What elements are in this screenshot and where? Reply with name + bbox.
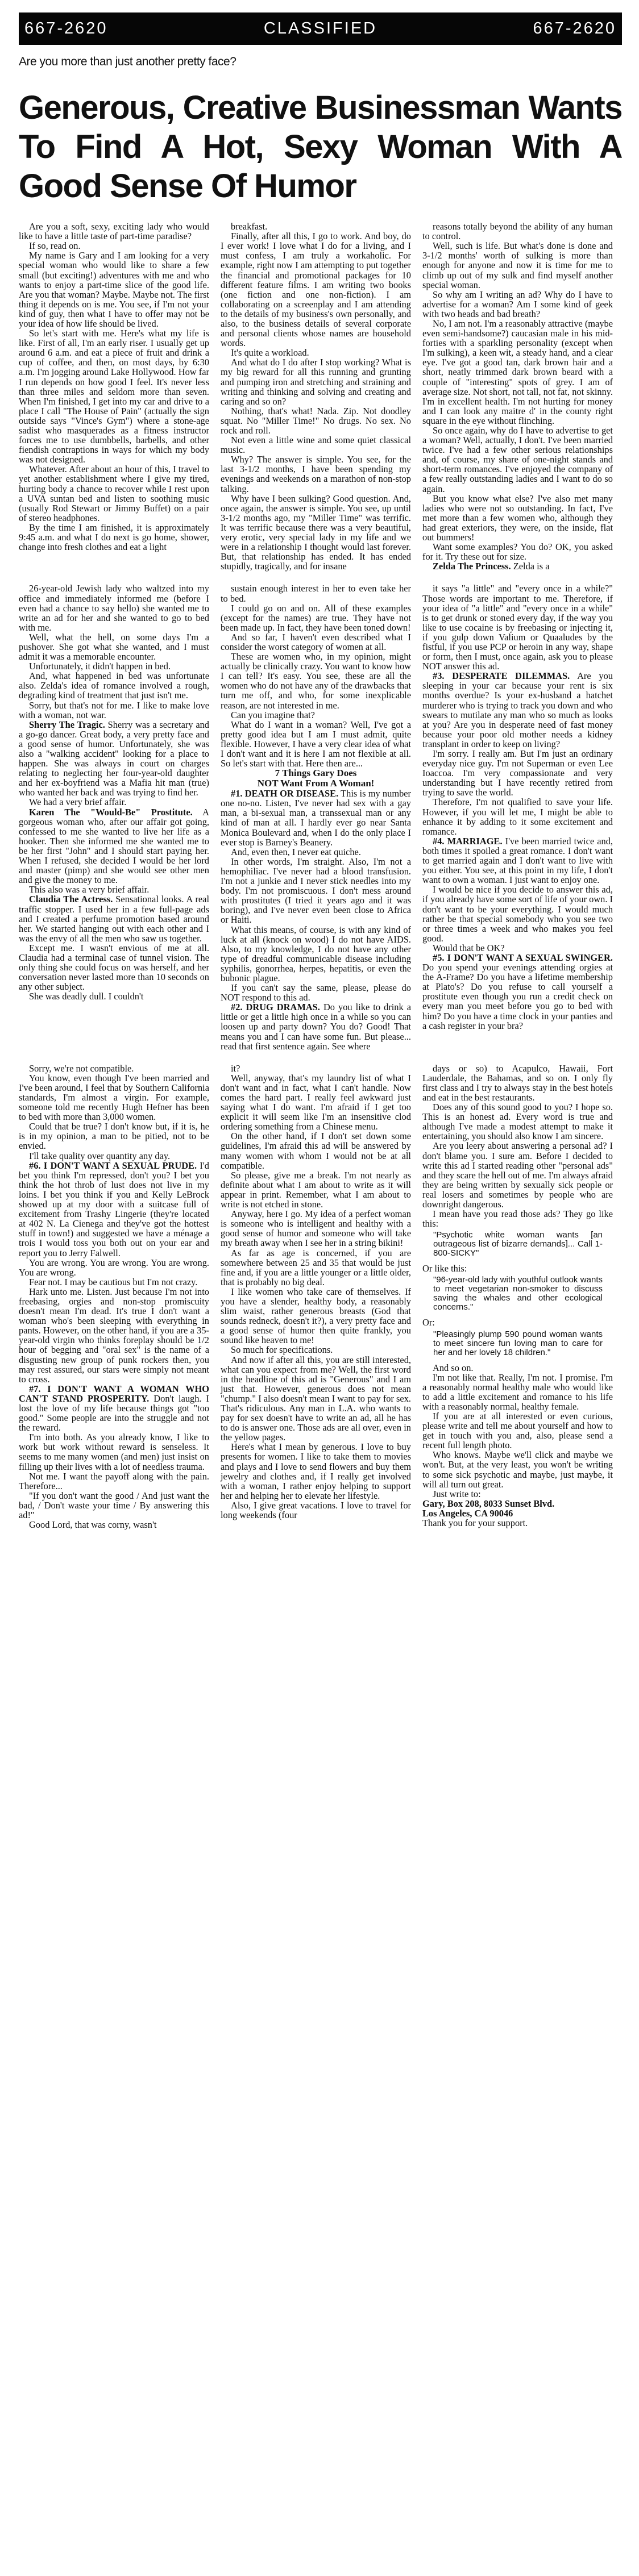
paragraph: Sorry, we're not compatible. — [19, 1064, 209, 1073]
column: 26-year-old Jewish lady who waltzed into… — [19, 583, 209, 1051]
paragraph: Claudia The Actress. Sensational looks. … — [19, 894, 209, 943]
paragraph: days or so) to Acapulco, Hawaii, Fort La… — [422, 1064, 613, 1102]
paragraph: Would that be OK? — [422, 943, 613, 953]
paragraph: Hark unto me. Listen. Just because I'm n… — [19, 1287, 209, 1384]
paragraph: Sherry The Tragic. Sherry was a secretar… — [19, 720, 209, 798]
paragraph: So much for specifications. — [221, 1345, 411, 1354]
section-heading: #4. MARRIAGE. — [433, 836, 503, 847]
sample-ad-quote: "96-year-old lady with youthful outlook … — [433, 1276, 603, 1312]
paragraph: I mean have you read those ads? They go … — [422, 1209, 613, 1228]
paragraph: Want some examples? You do? OK, you aske… — [422, 542, 613, 561]
classified-page: 667-2620 CLASSIFIED 667-2620 Are you mor… — [0, 0, 639, 1565]
paragraph: Zelda The Princess. Zelda is a — [422, 561, 613, 571]
paragraph: And now if after all this, you are still… — [221, 1355, 411, 1443]
paragraph: I'm sorry. I really am. But I'm just an … — [422, 749, 613, 797]
column: breakfast.Finally, after all this, I go … — [221, 222, 411, 571]
column: days or so) to Acapulco, Hawaii, Fort La… — [422, 1064, 613, 1530]
paragraph: I'll take quality over quantity any day. — [19, 1151, 209, 1161]
paragraph: And what do I do after I stop working? W… — [221, 357, 411, 406]
closing-thanks: Thank you for your support. — [422, 1518, 613, 1528]
column: it says "a little" and "every once in a … — [422, 583, 613, 1051]
paragraph: Not me. I want the payoff along with the… — [19, 1472, 209, 1491]
paragraph: Whatever. After about an hour of this, I… — [19, 464, 209, 523]
paragraph: I'm into both. As you already know, I li… — [19, 1432, 209, 1471]
tagline: Are you more than just another pretty fa… — [19, 55, 622, 69]
column: sustain enough interest in her to even t… — [221, 583, 411, 1051]
paragraph: #5. I DON'T WANT A SEXUAL SWINGER. Do yo… — [422, 953, 613, 1031]
paragraph: She was deadly dull. I couldn't — [19, 991, 209, 1001]
paragraph: Well, anyway, that's my laundry list of … — [221, 1073, 411, 1132]
paragraph: #3. DESPERATE DILEMMAS. Are you sleeping… — [422, 671, 613, 749]
paragraph: Just write to: — [422, 1489, 613, 1499]
paragraph: Karen The "Would-Be" Prostitute. A gorge… — [19, 807, 209, 885]
paragraph: Nothing, that's what! Nada. Zip. Not doo… — [221, 406, 411, 435]
ad-headline: Generous, Creative Businessman Wants To … — [19, 88, 622, 206]
band-1: Are you a soft, sexy, exciting lady who … — [19, 222, 622, 571]
paragraph: Can you imagine that? — [221, 710, 411, 720]
paragraph: These are women who, in my opinion, migh… — [221, 652, 411, 710]
paragraph: But you know what else? I've also met ma… — [422, 494, 613, 542]
paragraph: Therefore, I'm not qualified to save you… — [422, 797, 613, 836]
paragraph: Why have I been sulking? Good question. … — [221, 494, 411, 572]
paragraph: So why am I writing an ad? Why do I have… — [422, 290, 613, 319]
paragraph: If you can't say the same, please, pleas… — [221, 983, 411, 1002]
closing-body: And so on.I'm not like that. Really, I'm… — [422, 1363, 613, 1499]
paragraph: NOT Want From A Woman! — [221, 778, 411, 789]
paragraph: it? — [221, 1064, 411, 1073]
paragraph: #2. DRUG DRAMAS. Do you like to drink a … — [221, 1002, 411, 1051]
paragraph: My name is Gary and I am looking for a v… — [19, 251, 209, 328]
paragraph: If so, read on. — [19, 241, 209, 251]
masthead-section-title: CLASSIFIED — [264, 19, 377, 38]
paragraph: You are wrong. You are wrong. You are wr… — [19, 1258, 209, 1277]
paragraph: Unfortunately, it didn't happen in bed. — [19, 661, 209, 671]
paragraph: reasons totally beyond the ability of an… — [422, 222, 613, 241]
paragraph: So please, give me a break. I'm not near… — [221, 1170, 411, 1209]
band-2: 26-year-old Jewish lady who waltzed into… — [19, 583, 622, 1051]
section-heading: #5. I DON'T WANT A SEXUAL SWINGER. — [433, 952, 613, 963]
quote-lead: Or: — [422, 1318, 613, 1327]
paragraph: Who knows. Maybe we'll click and maybe w… — [422, 1450, 613, 1489]
paragraph: Are you leery about answering a personal… — [422, 1141, 613, 1209]
paragraph: Why? The answer is simple. You see, for … — [221, 455, 411, 493]
paragraph: I would be nice if you decide to answer … — [422, 885, 613, 943]
contact-address-line1: Gary, Box 208, 8033 Sunset Blvd. — [422, 1499, 613, 1508]
paragraph: And, even then, I never eat quiche. — [221, 847, 411, 857]
paragraph: I like women who take care of themselves… — [221, 1287, 411, 1345]
masthead-phone-left: 667-2620 — [24, 19, 108, 38]
paragraph: You know, even though I've been married … — [19, 1073, 209, 1122]
column: Sorry, we're not compatible.You know, ev… — [19, 1064, 209, 1530]
paragraph: #7. I DON'T WANT A WOMAN WHO CAN'T STAND… — [19, 1384, 209, 1432]
paragraph: And so far, I haven't even described wha… — [221, 632, 411, 652]
masthead-bar: 667-2620 CLASSIFIED 667-2620 — [19, 12, 622, 45]
paragraph: Are you a soft, sexy, exciting lady who … — [19, 222, 209, 241]
paragraph: It's quite a workload. — [221, 348, 411, 357]
paragraph: What this means, of course, is with any … — [221, 925, 411, 983]
section-heading: #3. DESPERATE DILEMMAS. — [433, 670, 570, 681]
paragraph: Except me. I wasn't envious of me at all… — [19, 943, 209, 991]
paragraph: As far as age is concerned, if you are s… — [221, 1248, 411, 1287]
paragraph: Good Lord, that was corny, wasn't — [19, 1520, 209, 1529]
masthead-phone-right: 667-2620 — [533, 19, 616, 38]
section-heading: #1. DEATH OR DISEASE. — [231, 788, 338, 799]
paragraph: #6. I DON'T WANT A SEXUAL PRUDE. I'd bet… — [19, 1161, 209, 1258]
paragraph: And so on. — [422, 1363, 613, 1373]
column: Are you a soft, sexy, exciting lady who … — [19, 222, 209, 571]
paragraph: No, I am not. I'm a reasonably attractiv… — [422, 319, 613, 426]
paragraph: Well, such is life. But what's done is d… — [422, 241, 613, 289]
column-body: days or so) to Acapulco, Hawaii, Fort La… — [422, 1064, 613, 1229]
section-heading: Claudia The Actress. — [29, 894, 113, 904]
paragraph: So once again, why do I have to advertis… — [422, 426, 613, 494]
paragraph: Could that be true? I don't know but, if… — [19, 1122, 209, 1151]
section-heading: #2. DRUG DRAMAS. — [231, 1002, 320, 1012]
section-heading: #6. I DON'T WANT A SEXUAL PRUDE. — [29, 1160, 197, 1171]
paragraph: breakfast. — [221, 222, 411, 231]
paragraph: 7 Things Gary Does — [221, 768, 411, 778]
paragraph: #4. MARRIAGE. I've been married twice an… — [422, 836, 613, 885]
paragraph: By the time I am finished, it is approxi… — [19, 523, 209, 552]
section-heading: #7. I DON'T WANT A WOMAN WHO CAN'T STAND… — [19, 1383, 209, 1404]
section-heading: Zelda The Princess. — [433, 561, 511, 572]
paragraph: Does any of this sound good to you? I ho… — [422, 1102, 613, 1141]
band-3: Sorry, we're not compatible.You know, ev… — [19, 1064, 622, 1530]
paragraph: I could go on and on. All of these examp… — [221, 603, 411, 632]
paragraph: "If you don't want the good / And just w… — [19, 1491, 209, 1520]
quote-lead: Or like this: — [422, 1264, 613, 1273]
paragraph: Anyway, here I go. My idea of a perfect … — [221, 1209, 411, 1248]
paragraph: What do I want in a woman? Well, I've go… — [221, 720, 411, 768]
paragraph: On the other hand, if I don't set down s… — [221, 1131, 411, 1170]
paragraph: Fear not. I may be cautious but I'm not … — [19, 1277, 209, 1287]
paragraph: Sorry, but that's not for me. I like to … — [19, 701, 209, 720]
sample-ad-quote: "Pleasingly plump 590 pound woman wants … — [433, 1330, 603, 1357]
paragraph: We had a very brief affair. — [19, 797, 209, 807]
column: it?Well, anyway, that's my laundry list … — [221, 1064, 411, 1530]
contact-address-line2: Los Angeles, CA 90046 — [422, 1508, 613, 1518]
paragraph: This also was a very brief affair. — [19, 885, 209, 894]
paragraph: I'm not like that. Really, I'm not. I pr… — [422, 1373, 613, 1411]
column: reasons totally beyond the ability of an… — [422, 222, 613, 571]
paragraph: Here's what I mean by generous. I love t… — [221, 1442, 411, 1500]
paragraph: sustain enough interest in her to even t… — [221, 583, 411, 603]
paragraph: If you are at all interested or even cur… — [422, 1411, 613, 1450]
paragraph: 26-year-old Jewish lady who waltzed into… — [19, 583, 209, 632]
sample-ad-quote: "Psychotic white woman wants [an outrage… — [433, 1231, 603, 1258]
paragraph: Well, what the hell, on some days I'm a … — [19, 632, 209, 661]
section-heading: Sherry The Tragic. — [29, 719, 105, 730]
paragraph: In other words, I'm straight. Also, I'm … — [221, 857, 411, 925]
section-heading: Karen The "Would-Be" Prostitute. — [29, 807, 193, 818]
paragraph: Not even a little wine and some quiet cl… — [221, 435, 411, 455]
paragraph: #1. DEATH OR DISEASE. This is my number … — [221, 789, 411, 847]
paragraph: And, what happened in bed was unfortunat… — [19, 671, 209, 700]
paragraph: So let's start with me. Here's what my l… — [19, 328, 209, 464]
paragraph: it says "a little" and "every once in a … — [422, 583, 613, 671]
paragraph: Finally, after all this, I go to work. A… — [221, 231, 411, 348]
paragraph: Also, I give great vacations. I love to … — [221, 1500, 411, 1520]
